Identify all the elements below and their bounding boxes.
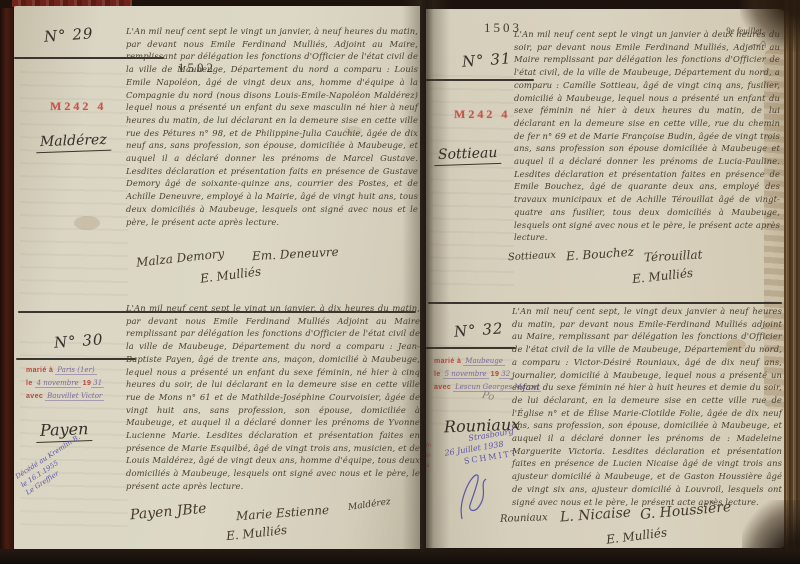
left-page: N° 29 1502 M242 4 Maldérez L'An mil neuf… (14, 6, 420, 550)
signature-paraph (456, 471, 492, 527)
signature: Payen JBte (129, 501, 207, 524)
entry-separator (428, 302, 782, 304)
signature: Em. Deneuvre (252, 245, 339, 264)
signature-officer: E. Mulliés (631, 266, 693, 286)
stamp-line: avec Bauvillet Victor (26, 390, 104, 403)
right-page: 1503 9e feuillet. N° 31 M242 4 Sottieau … (426, 9, 788, 548)
worn-corner-top-right (740, 0, 800, 52)
entry-31-number: N° 31 (461, 49, 512, 70)
entry-31-text: L'An mil neuf cent sept le vingt un janv… (514, 28, 780, 244)
signature: Marie Estienne (236, 503, 330, 523)
signature-officer: E. Mulliés (605, 525, 667, 546)
page-edge-stack (784, 0, 800, 564)
control-stamp-31: M242 4 (454, 107, 510, 122)
stamp-year: 31 (91, 379, 104, 388)
stamp-label: le (26, 380, 33, 387)
stamp-place: Maubeuge (463, 357, 505, 366)
signature: Sottieaux (508, 250, 557, 264)
stamp-year-printed: 19 (83, 380, 92, 387)
stamp-line: marié à Paris (1er) (26, 364, 104, 377)
book-bottom-edge (0, 549, 800, 564)
stamp-date: 4 novembre (35, 379, 81, 388)
signature: E. Bouchez (566, 245, 635, 264)
stamp-spouse: Bauvillet Victor (45, 392, 104, 401)
paper-stain (74, 216, 100, 230)
pencil-note: Po (481, 390, 495, 403)
register-photo: N° 29 1502 M242 4 Maldérez L'An mil neuf… (0, 0, 800, 564)
entry-32-number: N° 32 (453, 319, 504, 340)
entry-30-number: N° 30 (53, 330, 104, 351)
signature-officer: E. Mulliés (225, 523, 287, 543)
entry-29-number: N° 29 (43, 24, 94, 45)
entry-29-text: L'An mil neuf cent sept le vingt un janv… (126, 25, 418, 228)
stamp-label: marié à (26, 367, 53, 374)
stamp-year-printed: 19 (491, 371, 500, 378)
marriage-mention-stamp-30: marié à Paris (1er) le 4 novembre 1931 a… (26, 364, 104, 403)
margin-name-malderez: Maldérez (36, 132, 111, 154)
signature: Rouniaux (500, 512, 548, 525)
stamp-line: le 4 novembre 1931 (26, 377, 104, 390)
stamp-label: avec (26, 393, 43, 400)
margin-rule (16, 358, 136, 360)
binding-gutter-shadow (402, 0, 450, 564)
control-stamp-29: M242 4 (50, 99, 106, 114)
stamp-year: 32 (499, 370, 512, 379)
margin-name-payen: Payen (36, 419, 93, 443)
signature-officer: E. Mulliés (199, 264, 261, 285)
signature: Maldérez (348, 497, 392, 513)
entry-32-text: L'An mil neuf cent sept, le vingt deux j… (512, 305, 782, 508)
signature: Malza Demory (136, 246, 225, 269)
signature: Térouillat (644, 247, 703, 264)
entry-30-text: L'An mil neuf cent sept le vingt un janv… (126, 302, 420, 493)
stamp-place: Paris (1er) (55, 366, 96, 375)
